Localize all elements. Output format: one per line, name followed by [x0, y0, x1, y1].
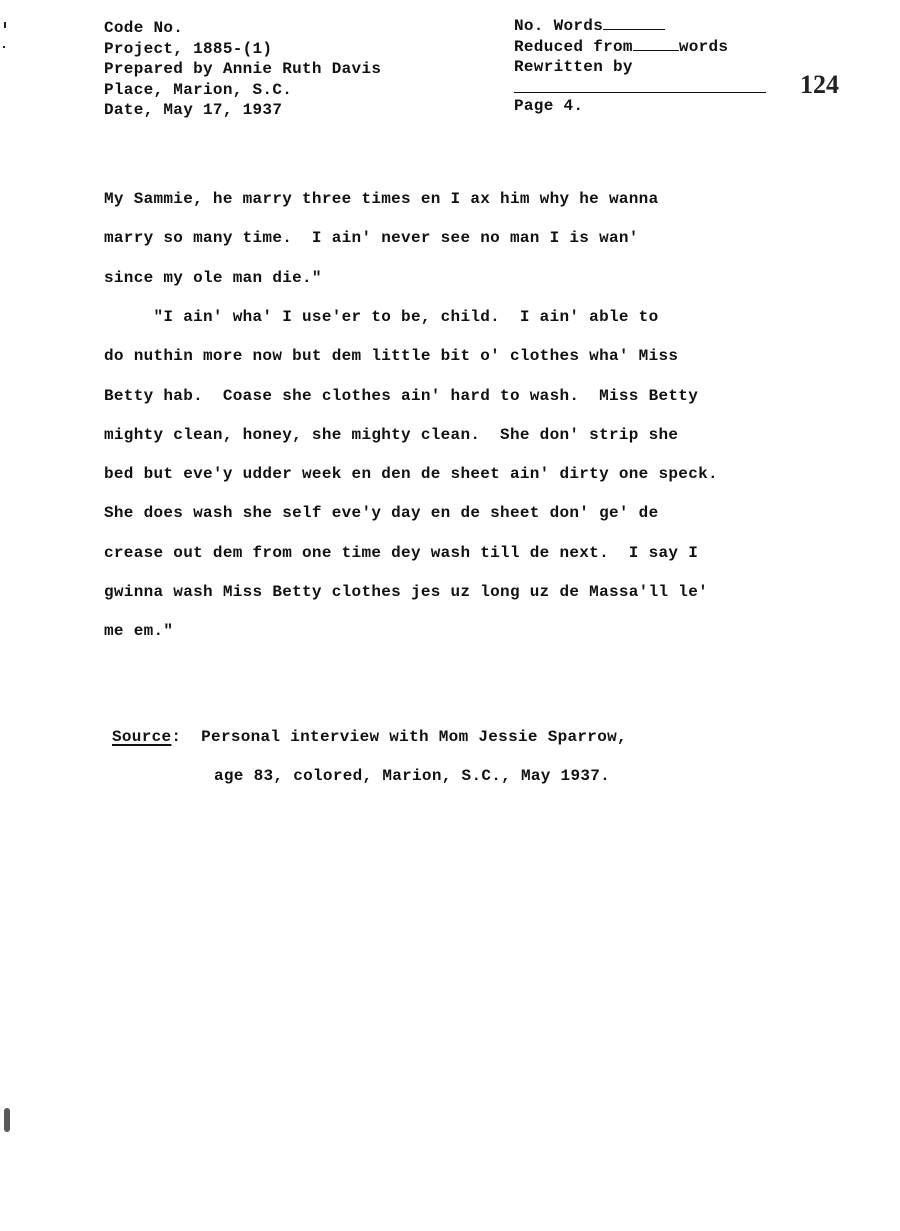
scan-binding-mark [4, 1108, 10, 1132]
source-citation: Source: Personal interview with Mom Jess… [112, 728, 627, 746]
signature-line [514, 92, 766, 93]
body-line: gwinna wash Miss Betty clothes jes uz lo… [104, 583, 708, 601]
reduced-from-row: Reduced fromwords [514, 37, 728, 58]
code-number: Code No. [104, 18, 381, 39]
reduced-from-blank [633, 38, 679, 51]
reduced-from-label: Reduced from [514, 38, 633, 56]
body-line: do nuthin more now but dem little bit o'… [104, 347, 678, 365]
source-line-1: Personal interview with Mom Jessie Sparr… [201, 728, 627, 746]
no-words-row: No. Words [514, 16, 728, 37]
header-metadata-left: Code No. Project, 1885-(1) Prepared by A… [104, 18, 381, 121]
source-colon: : [171, 728, 181, 746]
body-line: mighty clean, honey, she mighty clean. S… [104, 426, 678, 444]
no-words-label: No. Words [514, 17, 603, 35]
header-metadata-right: No. Words Reduced fromwords Rewritten by [514, 16, 728, 78]
body-line: Betty hab. Coase she clothes ain' hard t… [104, 387, 698, 405]
place: Place, Marion, S.C. [104, 80, 381, 101]
body-line: me em." [104, 622, 173, 640]
body-line: crease out dem from one time dey wash ti… [104, 544, 698, 562]
body-line: bed but eve'y udder week en den de sheet… [104, 465, 718, 483]
source-line-2: age 83, colored, Marion, S.C., May 1937. [214, 767, 610, 785]
body-line: marry so many time. I ain' never see no … [104, 229, 639, 247]
scan-speck [3, 46, 5, 48]
no-words-blank [603, 17, 665, 30]
rewritten-by: Rewritten by [514, 57, 728, 78]
source-label: Source [112, 728, 171, 746]
page-label: Page 4. [514, 97, 583, 115]
body-line: She does wash she self eve'y day en de s… [104, 504, 659, 522]
date: Date, May 17, 1937 [104, 100, 381, 121]
body-line: "I ain' wha' I use'er to be, child. I ai… [104, 308, 659, 326]
scan-speck [4, 22, 6, 28]
body-line: since my ole man die." [104, 269, 322, 287]
page-number-stamp: 124 [800, 70, 839, 100]
prepared-by: Prepared by Annie Ruth Davis [104, 59, 381, 80]
body-line: My Sammie, he marry three times en I ax … [104, 190, 659, 208]
project: Project, 1885-(1) [104, 39, 381, 60]
reduced-words-label: words [679, 38, 729, 56]
